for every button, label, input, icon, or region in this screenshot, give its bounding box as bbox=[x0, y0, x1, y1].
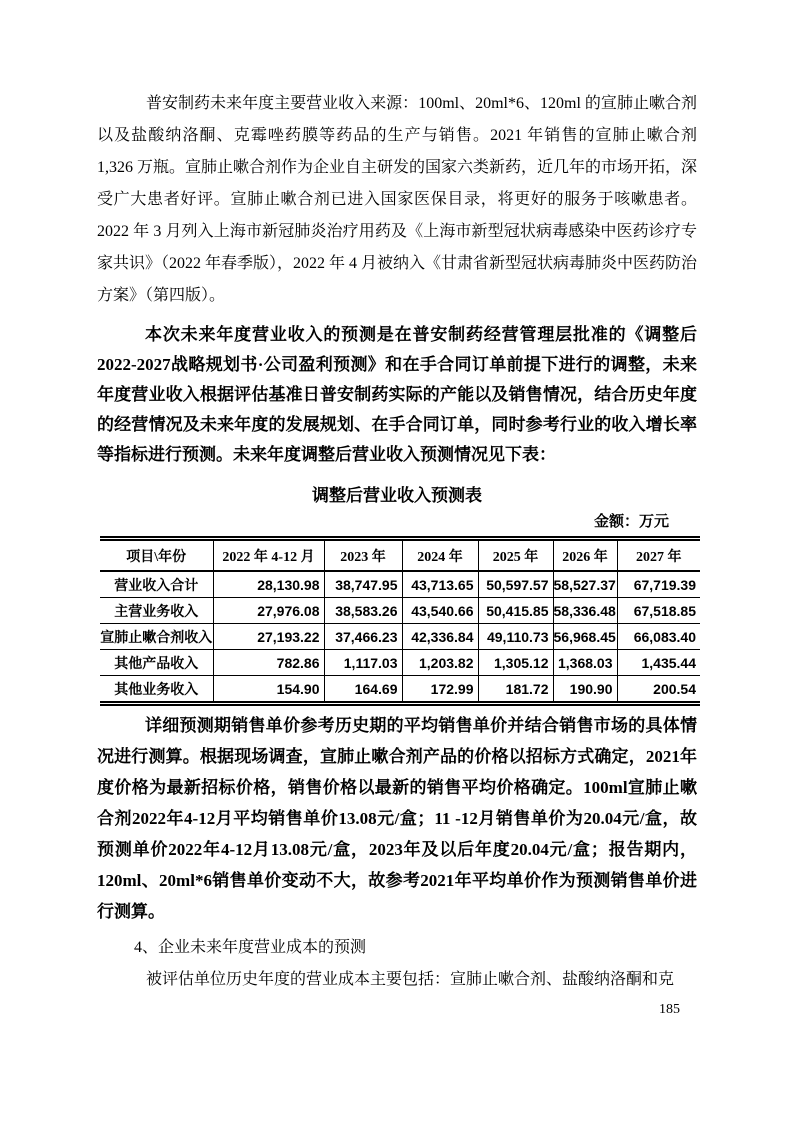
cell-value: 1,203.82 bbox=[402, 650, 478, 676]
cell-value: 50,597.57 bbox=[478, 571, 553, 598]
cell-value: 1,368.03 bbox=[553, 650, 617, 676]
row-label: 主营业务收入 bbox=[100, 598, 213, 624]
col-header-2027: 2027 年 bbox=[617, 539, 700, 572]
cell-value: 42,336.84 bbox=[402, 624, 478, 650]
cell-value: 67,719.39 bbox=[617, 571, 700, 598]
col-header-2025: 2025 年 bbox=[478, 539, 553, 572]
page-content: 普安制药未来年度主要营业收入来源：100ml、20ml*6、120ml 的宣肺止… bbox=[97, 88, 697, 993]
col-header-2026: 2026 年 bbox=[553, 539, 617, 572]
col-header-2022: 2022 年 4-12 月 bbox=[213, 539, 324, 572]
col-header-item-year: 项目\年份 bbox=[100, 539, 213, 572]
cell-value: 782.86 bbox=[213, 650, 324, 676]
cell-value: 172.99 bbox=[402, 676, 478, 704]
table-row-other-products: 其他产品收入 782.86 1,117.03 1,203.82 1,305.12… bbox=[100, 650, 700, 676]
cell-value: 37,466.23 bbox=[324, 624, 402, 650]
cell-value: 164.69 bbox=[324, 676, 402, 704]
table-row-main-business: 主营业务收入 27,976.08 38,583.26 43,540.66 50,… bbox=[100, 598, 700, 624]
paragraph-unit-price-forecast: 详细预测期销售单价参考历史期的平均销售单价并结合销售市场的具体情况进行测算。根据… bbox=[97, 710, 697, 927]
cell-value: 1,305.12 bbox=[478, 650, 553, 676]
cell-value: 66,083.40 bbox=[617, 624, 700, 650]
cell-value: 49,110.73 bbox=[478, 624, 553, 650]
col-header-2023: 2023 年 bbox=[324, 539, 402, 572]
paragraph-cost-components: 被评估单位历史年度的营业成本主要包括：宣肺止嗽合剂、盐酸纳洛酮和克 bbox=[97, 967, 697, 993]
cell-value: 56,968.45 bbox=[553, 624, 617, 650]
cell-value: 58,527.37 bbox=[553, 571, 617, 598]
col-header-2024: 2024 年 bbox=[402, 539, 478, 572]
page-number: 185 bbox=[659, 1001, 680, 1019]
row-label: 营业收入合计 bbox=[100, 571, 213, 598]
cell-value: 190.90 bbox=[553, 676, 617, 704]
cell-value: 154.90 bbox=[213, 676, 324, 704]
cell-value: 27,193.22 bbox=[213, 624, 324, 650]
row-label: 其他产品收入 bbox=[100, 650, 213, 676]
cell-value: 27,976.08 bbox=[213, 598, 324, 624]
cell-value: 43,540.66 bbox=[402, 598, 478, 624]
cell-value: 200.54 bbox=[617, 676, 700, 704]
cell-value: 1,117.03 bbox=[324, 650, 402, 676]
cell-value: 181.72 bbox=[478, 676, 553, 704]
row-label: 其他业务收入 bbox=[100, 676, 213, 704]
table-row-total-revenue: 营业收入合计 28,130.98 38,747.95 43,713.65 50,… bbox=[100, 571, 700, 598]
cell-value: 67,518.85 bbox=[617, 598, 700, 624]
cell-value: 58,336.48 bbox=[553, 598, 617, 624]
table-row-other-business: 其他业务收入 154.90 164.69 172.99 181.72 190.9… bbox=[100, 676, 700, 704]
revenue-forecast-table: 项目\年份 2022 年 4-12 月 2023 年 2024 年 2025 年… bbox=[100, 536, 700, 706]
cell-value: 1,435.44 bbox=[617, 650, 700, 676]
table-unit-label: 金额：万元 bbox=[97, 512, 669, 532]
table-row-xuanfei-mixture: 宣肺止嗽合剂收入 27,193.22 37,466.23 42,336.84 4… bbox=[100, 624, 700, 650]
paragraph-revenue-sources: 普安制药未来年度主要营业收入来源：100ml、20ml*6、120ml 的宣肺止… bbox=[97, 88, 697, 312]
table-header-row: 项目\年份 2022 年 4-12 月 2023 年 2024 年 2025 年… bbox=[100, 539, 700, 572]
cell-value: 38,747.95 bbox=[324, 571, 402, 598]
cell-value: 43,713.65 bbox=[402, 571, 478, 598]
document-page: 普安制药未来年度主要营业收入来源：100ml、20ml*6、120ml 的宣肺止… bbox=[0, 0, 793, 1122]
row-label: 宣肺止嗽合剂收入 bbox=[100, 624, 213, 650]
cell-value: 50,415.85 bbox=[478, 598, 553, 624]
heading-cost-forecast: 4、企业未来年度营业成本的预测 bbox=[97, 935, 697, 961]
table-title: 调整后营业收入预测表 bbox=[97, 484, 697, 508]
cell-value: 28,130.98 bbox=[213, 571, 324, 598]
paragraph-forecast-basis: 本次未来年度营业收入的预测是在普安制药经营管理层批准的《调整后2022-2027… bbox=[97, 320, 697, 470]
cell-value: 38,583.26 bbox=[324, 598, 402, 624]
